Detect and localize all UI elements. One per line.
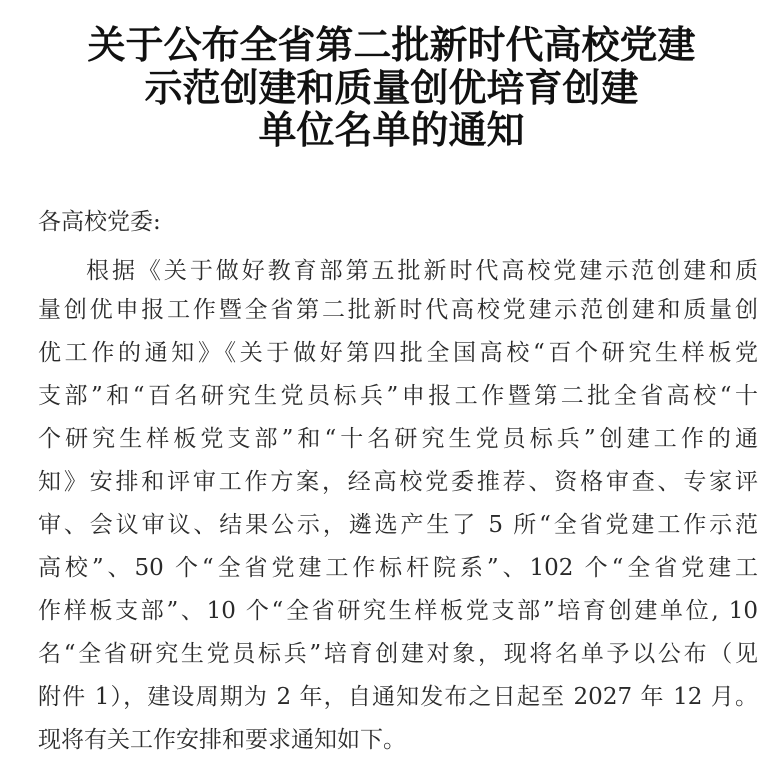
body-line: 支部”和“百名研究生党员标兵”申报工作暨第二批全省高校“十 xyxy=(38,381,758,411)
body-line: 审、会议审议、结果公示，遴选产生了 5 所“全省党建工作示范 xyxy=(38,510,758,540)
body-line: 高校”、50 个“全省党建工作标杆院系”、102 个“全省党建工 xyxy=(38,553,758,583)
title-line-3: 单位名单的通知 xyxy=(0,109,783,151)
body-line: 量创优申报工作暨全省第二批新时代高校党建示范创建和质量创 xyxy=(38,295,758,325)
body-line: 名“全省研究生党员标兵”培育创建对象，现将名单予以公布（见 xyxy=(38,639,758,669)
salutation: 各高校党委: xyxy=(38,207,758,237)
title-line-1: 关于公布全省第二批新时代高校党建 xyxy=(0,24,783,66)
body-line: 作样板支部”、10 个“全省研究生样板党支部”培育创建单位, 10 xyxy=(38,596,758,626)
body-line: 附件 1），建设周期为 2 年，自通知发布之日起至 2027 年 12 月。 xyxy=(38,682,758,712)
title-line-2: 示范创建和质量创优培育创建 xyxy=(0,67,783,109)
body-line: 现将有关工作安排和要求通知如下。 xyxy=(38,725,758,755)
body-line: 优工作的通知》《关于做好第四批全国高校“百个研究生样板党 xyxy=(38,338,758,368)
body-line: 个研究生样板党支部”和“十名研究生党员标兵”创建工作的通 xyxy=(38,424,758,454)
body-line: 知》安排和评审工作方案，经高校党委推荐、资格审查、专家评 xyxy=(38,467,758,497)
body-line: 根据《关于做好教育部第五批新时代高校党建示范创建和质 xyxy=(86,256,758,286)
